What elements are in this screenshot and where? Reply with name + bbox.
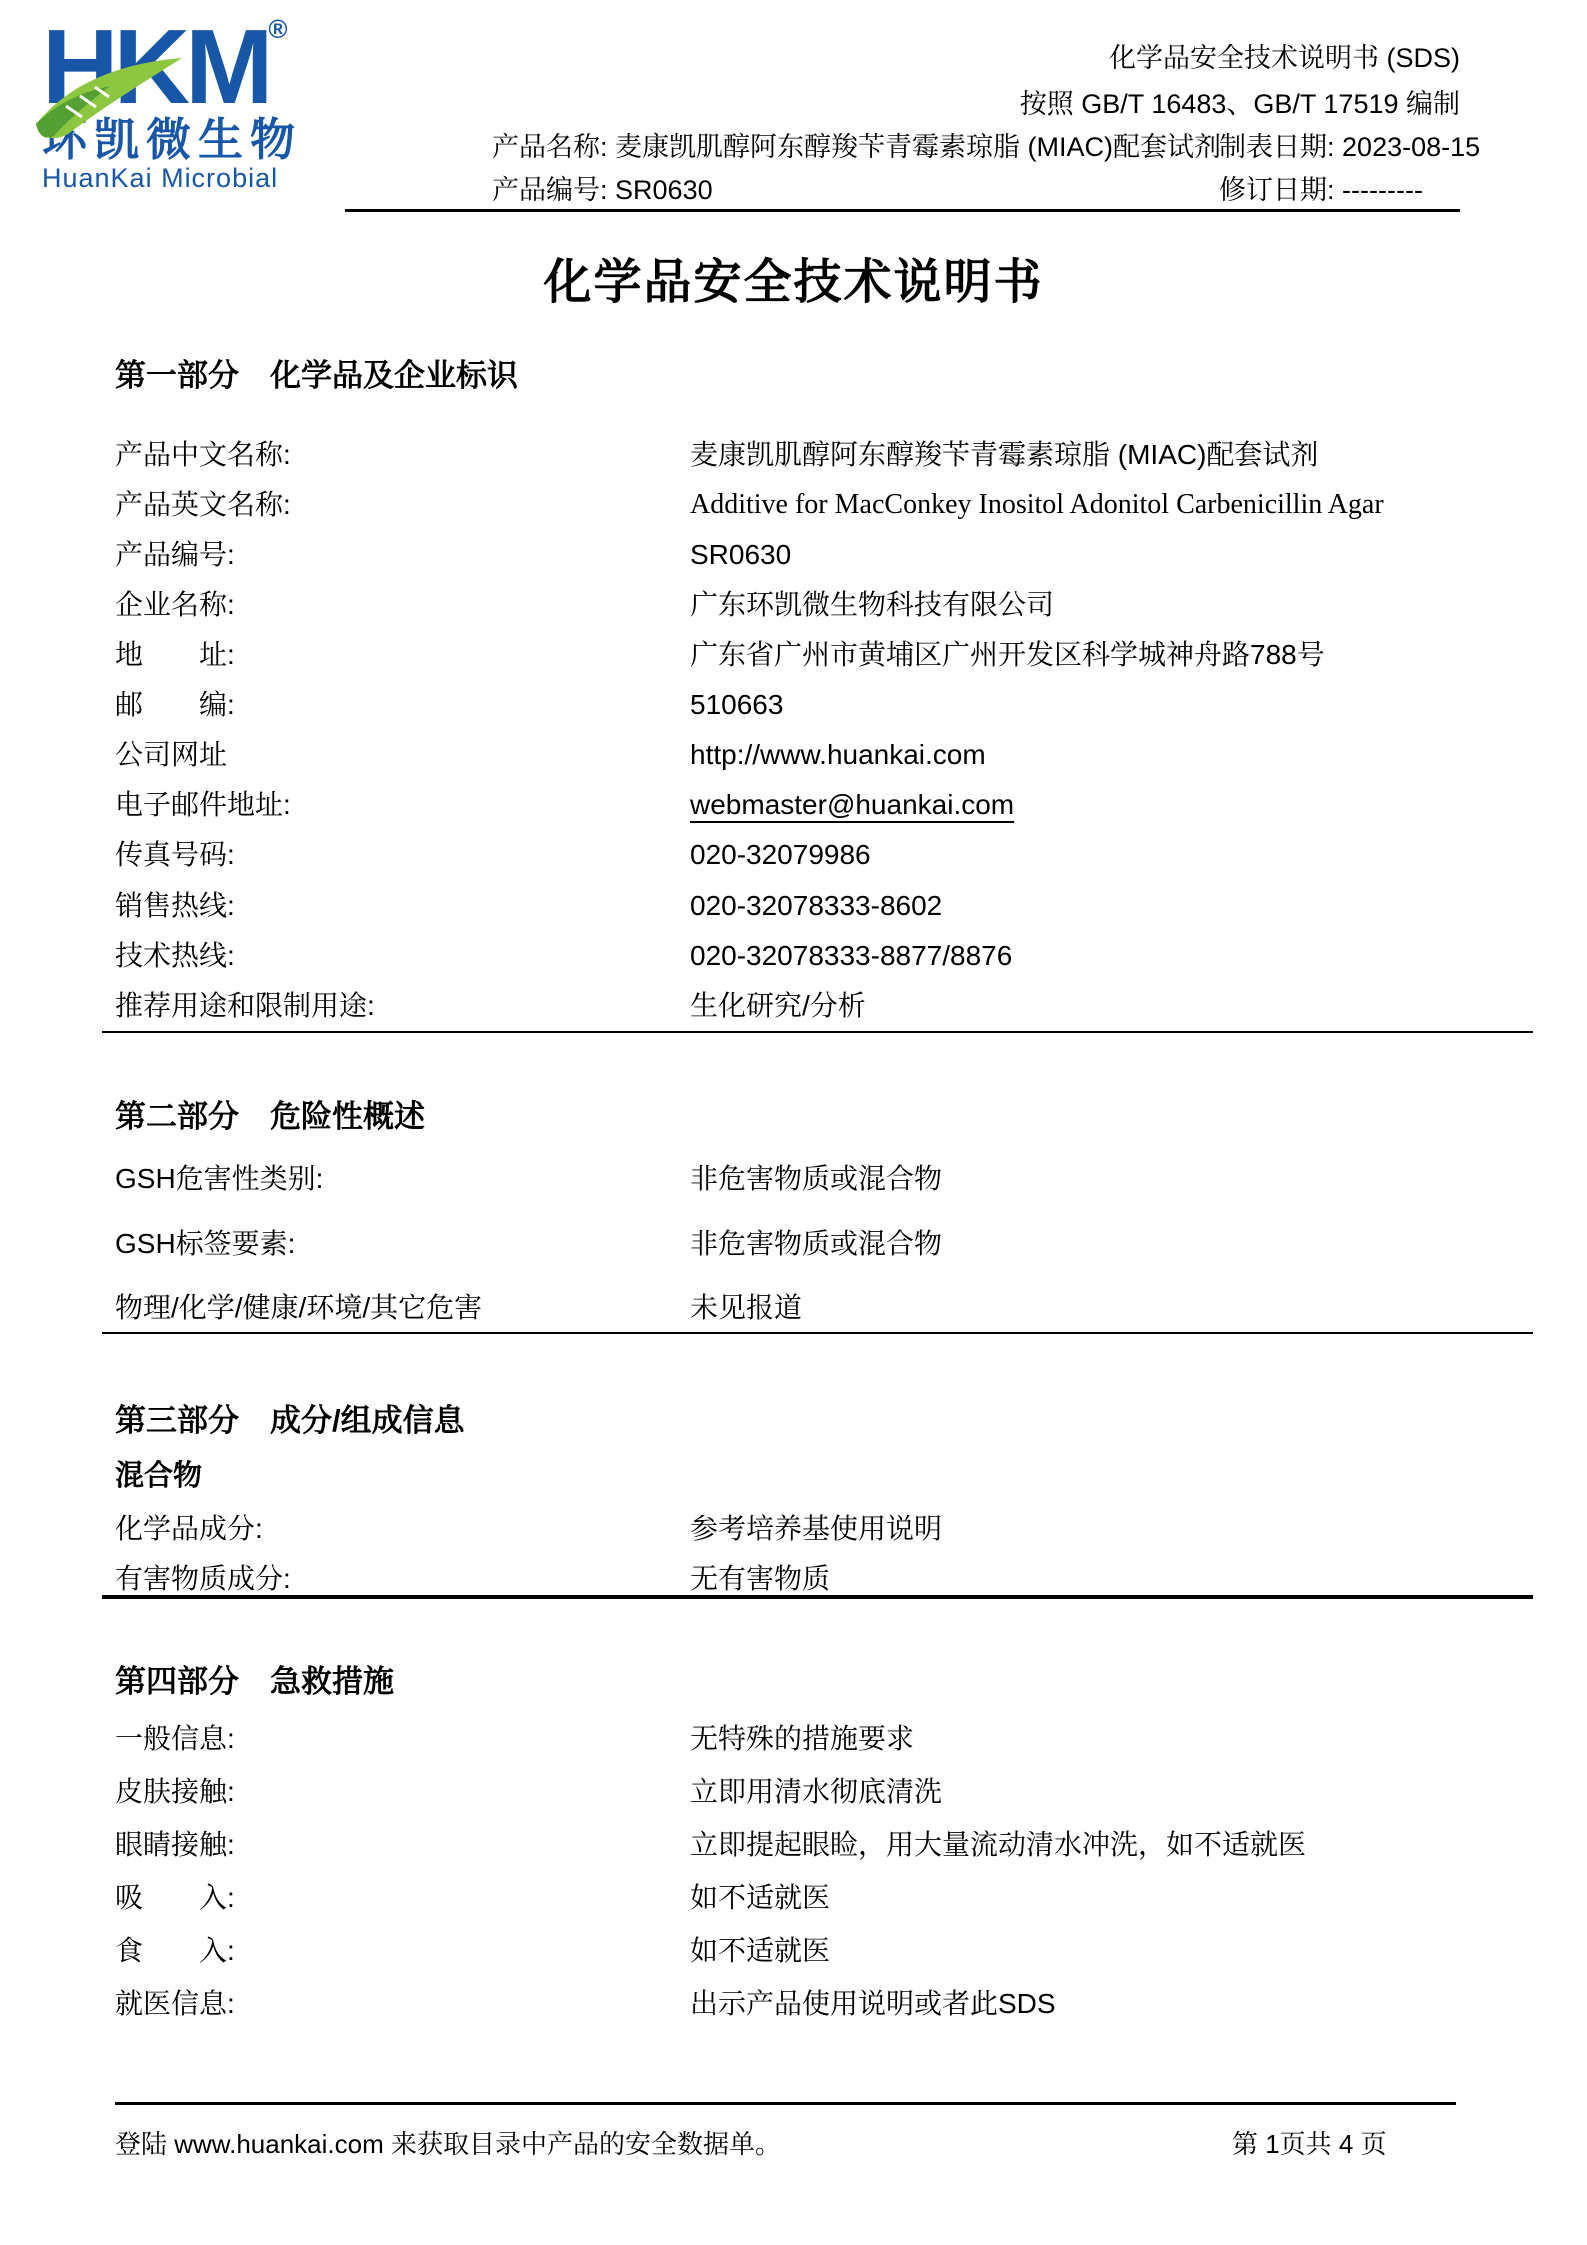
- section-3-heading: 第三部分 成分/组成信息: [115, 1402, 465, 1439]
- field-label: 眼睛接触:: [115, 1827, 690, 1862]
- field-label: 地 址:: [115, 637, 690, 672]
- page-title: 化学品安全技术说明书: [0, 243, 1587, 312]
- email-link[interactable]: webmaster@huankai.com: [690, 789, 1014, 820]
- field-value: 510663: [690, 687, 1460, 722]
- row-eye-contact: 眼睛接触: 立即提起眼睑，用大量流动清水冲洗，如不适就医: [115, 1827, 1460, 1862]
- field-value: 立即用清水彻底清洗: [690, 1774, 1460, 1809]
- field-label: 产品英文名称:: [115, 487, 690, 522]
- row-harmful-components: 有害物质成分: 无有害物质: [115, 1561, 1460, 1596]
- row-chemical-components: 化学品成分: 参考培养基使用说明: [115, 1511, 1460, 1546]
- website-link: http://www.huankai.com: [690, 737, 1460, 772]
- revision-date-value: ---------: [1342, 175, 1423, 205]
- revision-date: 修订日期: ---------: [1219, 174, 1423, 206]
- field-value: 020-32078333-8602: [690, 888, 1460, 923]
- field-value: SR0630: [690, 537, 1460, 572]
- field-label: 就医信息:: [115, 1986, 690, 2021]
- footer-note: 登陆 www.huankai.com 来获取目录中产品的安全数据单。: [115, 2124, 781, 2161]
- registered-mark-icon: ®: [268, 14, 287, 44]
- field-value: 立即提起眼睑，用大量流动清水冲洗，如不适就医: [690, 1827, 1460, 1862]
- footer-page-number: 第 1页共 4 页: [1232, 2124, 1387, 2161]
- field-label: 产品中文名称:: [115, 437, 690, 472]
- row-fax: 传真号码: 020-32079986: [115, 837, 1460, 872]
- field-label: 产品编号:: [115, 537, 690, 572]
- field-label: 皮肤接触:: [115, 1774, 690, 1809]
- company-logo: HKM® 环凯微生物 HuanKai Microbial: [42, 14, 372, 192]
- section-3-divider: [102, 1595, 1533, 1599]
- row-other-hazards: 物理/化学/健康/环境/其它危害 未见报道: [115, 1290, 1460, 1325]
- section-1-heading: 第一部分 化学品及企业标识: [115, 357, 518, 394]
- row-website: 公司网址 http://www.huankai.com: [115, 737, 1460, 772]
- field-label: 食 入:: [115, 1933, 690, 1968]
- row-address: 地 址: 广东省广州市黄埔区广州开发区科学城神舟路788号: [115, 637, 1460, 672]
- row-english-name: 产品英文名称: Additive for MacConkey Inositol …: [115, 487, 1460, 522]
- field-label: 销售热线:: [115, 888, 690, 923]
- field-value: 生化研究/分析: [690, 988, 1460, 1023]
- field-value: 非危害物质或混合物: [690, 1226, 1460, 1261]
- row-chinese-name: 产品中文名称: 麦康凯肌醇阿东醇羧苄青霉素琼脂 (MIAC)配套试剂: [115, 437, 1460, 472]
- header-product-name-value: 麦康凯肌醇阿东醇羧苄青霉素琼脂 (MIAC)配套试剂: [615, 132, 1221, 162]
- field-value: 020-32078333-8877/8876: [690, 938, 1460, 973]
- field-label: GSH标签要素:: [115, 1226, 690, 1261]
- field-value: 广东省广州市黄埔区广州开发区科学城神舟路788号: [690, 637, 1460, 672]
- field-value: Additive for MacConkey Inositol Adonitol…: [690, 487, 1460, 522]
- doc-type: 化学品安全技术说明书 (SDS): [1109, 42, 1460, 74]
- row-ingestion: 食 入: 如不适就医: [115, 1933, 1460, 1968]
- field-value: 无有害物质: [690, 1561, 1460, 1596]
- row-gsh-label-elements: GSH标签要素: 非危害物质或混合物: [115, 1226, 1460, 1261]
- create-date-value: 2023-08-15: [1342, 132, 1480, 162]
- create-date: 制表日期: 2023-08-15: [1219, 131, 1480, 163]
- row-recommended-use: 推荐用途和限制用途: 生化研究/分析: [115, 988, 1460, 1023]
- field-label: 公司网址: [115, 737, 690, 772]
- field-value: 麦康凯肌醇阿东醇羧苄青霉素琼脂 (MIAC)配套试剂: [690, 437, 1460, 472]
- header-product-name-label: 产品名称:: [492, 132, 608, 162]
- field-value: 参考培养基使用说明: [690, 1511, 1460, 1546]
- mixture-subheading: 混合物: [115, 1459, 202, 1494]
- header-product-name: 产品名称: 麦康凯肌醇阿东醇羧苄青霉素琼脂 (MIAC)配套试剂: [492, 131, 1221, 163]
- field-value: 未见报道: [690, 1290, 1460, 1325]
- field-value: 020-32079986: [690, 837, 1460, 872]
- row-postcode: 邮 编: 510663: [115, 687, 1460, 722]
- field-label: 物理/化学/健康/环境/其它危害: [115, 1290, 690, 1325]
- field-label: 吸 入:: [115, 1880, 690, 1915]
- row-email: 电子邮件地址: webmaster@huankai.com: [115, 787, 1460, 822]
- field-value: 广东环凯微生物科技有限公司: [690, 587, 1460, 622]
- row-product-code: 产品编号: SR0630: [115, 537, 1460, 572]
- field-label: GSH危害性类别:: [115, 1161, 690, 1196]
- row-sales-hotline: 销售热线: 020-32078333-8602: [115, 888, 1460, 923]
- field-value: 出示产品使用说明或者此SDS: [690, 1986, 1460, 2021]
- field-value: 如不适就医: [690, 1880, 1460, 1915]
- row-medical-info: 就医信息: 出示产品使用说明或者此SDS: [115, 1986, 1460, 2021]
- row-company-name: 企业名称: 广东环凯微生物科技有限公司: [115, 587, 1460, 622]
- field-value: 非危害物质或混合物: [690, 1161, 1460, 1196]
- logo-acronym: HKM: [42, 14, 268, 120]
- field-label: 传真号码:: [115, 837, 690, 872]
- create-date-label: 制表日期:: [1219, 132, 1335, 162]
- footer-divider: [115, 2102, 1456, 2105]
- row-inhalation: 吸 入: 如不适就医: [115, 1880, 1460, 1915]
- field-label: 推荐用途和限制用途:: [115, 988, 690, 1023]
- revision-date-label: 修订日期:: [1219, 175, 1335, 205]
- compile-standard: 按照 GB/T 16483、GB/T 17519 编制: [1020, 88, 1460, 120]
- section-2-divider: [102, 1332, 1533, 1334]
- row-skin-contact: 皮肤接触: 立即用清水彻底清洗: [115, 1774, 1460, 1809]
- field-value: 如不适就医: [690, 1933, 1460, 1968]
- field-label: 化学品成分:: [115, 1511, 690, 1546]
- field-value: 无特殊的措施要求: [690, 1721, 1460, 1756]
- row-tech-hotline: 技术热线: 020-32078333-8877/8876: [115, 938, 1460, 973]
- header-product-code-value: SR0630: [615, 175, 713, 205]
- section-4-heading: 第四部分 急救措施: [115, 1663, 394, 1700]
- section-1-divider: [102, 1031, 1533, 1033]
- field-label: 邮 编:: [115, 687, 690, 722]
- field-label: 有害物质成分:: [115, 1561, 690, 1596]
- field-label: 电子邮件地址:: [115, 787, 690, 822]
- field-label: 一般信息:: [115, 1721, 690, 1756]
- field-label: 技术热线:: [115, 938, 690, 973]
- field-label: 企业名称:: [115, 587, 690, 622]
- sds-page: HKM® 环凯微生物 HuanKai Microbial 化学品安全技术说明书 …: [0, 0, 1587, 2245]
- header-product-code-label: 产品编号:: [492, 175, 608, 205]
- header-product-code: 产品编号: SR0630: [492, 174, 713, 206]
- header-divider: [345, 209, 1460, 212]
- row-general-info: 一般信息: 无特殊的措施要求: [115, 1721, 1460, 1756]
- section-2-heading: 第二部分 危险性概述: [115, 1098, 425, 1135]
- row-gsh-hazard-class: GSH危害性类别: 非危害物质或混合物: [115, 1161, 1460, 1196]
- logo-en-name: HuanKai Microbial: [42, 165, 372, 192]
